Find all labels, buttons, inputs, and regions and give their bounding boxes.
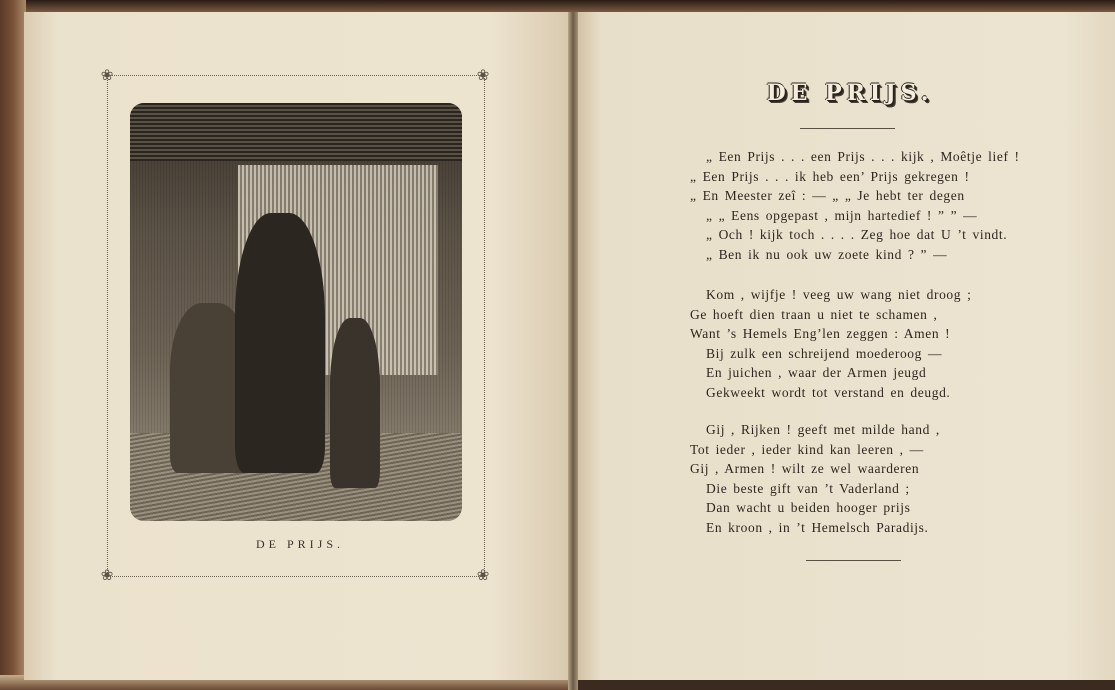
title-rule [800, 128, 895, 129]
book-cover-edge [0, 0, 26, 690]
poem-line: „ Een Prijs . . . een Prijs . . . kijk ,… [690, 147, 1020, 167]
poem-line: „ Ben ik nu ook uw zoete kind ? ” — [690, 245, 1020, 265]
book-gutter [568, 12, 578, 690]
rosette-ornament-icon: ❀ [99, 567, 115, 583]
poem-line: Die beste gift van ’t Vaderland ; [690, 479, 1020, 499]
poem-line: Tot ieder , ieder kind kan leeren , — [690, 440, 1020, 460]
poem-line: „ Een Prijs . . . ik heb een’ Prijs gekr… [690, 167, 1020, 187]
poem-stanza-3: Gij , Rijken ! geeft met milde hand , To… [690, 420, 1020, 538]
poem-line: Dan wacht u beiden hooger prijs [690, 498, 1020, 518]
rosette-ornament-icon: ❀ [99, 67, 115, 83]
poem-stanza-1: „ Een Prijs . . . een Prijs . . . kijk ,… [690, 147, 1020, 265]
poem-line: Ge hoeft dien traan u niet te schamen , [690, 305, 1020, 325]
rosette-ornament-icon: ❀ [475, 67, 491, 83]
poem-line: „ „ Eens opgepast , mijn hartedief ! ” ”… [690, 206, 1020, 226]
book-spread: ❀ ❀ ❀ ❀ DE PRIJS. DE PRIJS. „ Een Prijs … [0, 0, 1115, 690]
poem-line: „ Och ! kijk toch . . . . Zeg hoe dat U … [690, 225, 1020, 245]
poem-line: Gij , Rijken ! geeft met milde hand , [690, 420, 1020, 440]
poem-line: Bij zulk een schreijend moederoog — [690, 344, 1020, 364]
engraving-ceiling [130, 103, 462, 161]
poem-line: Gekweekt wordt tot verstand en deugd. [690, 383, 1020, 403]
book-top-edge [0, 0, 1115, 12]
poem-line: „ En Meester zeî : — „ „ Je hebt ter deg… [690, 186, 1020, 206]
engraving-child-figure [330, 318, 380, 488]
poem-stanza-2: Kom , wijfje ! veeg uw wang niet droog ;… [690, 285, 1020, 403]
poem-line: En juichen , waar der Armen jeugd [690, 363, 1020, 383]
illustration-caption: DE PRIJS. [220, 537, 380, 552]
poem-line: En kroon , in ’t Hemelsch Paradijs. [690, 518, 1020, 538]
poem-line: Kom , wijfje ! veeg uw wang niet droog ; [690, 285, 1020, 305]
engraving-father-figure [235, 213, 325, 473]
poem-line: Gij , Armen ! wilt ze wel waarderen [690, 459, 1020, 479]
poem-line: Want ’s Hemels Eng’len zeggen : Amen ! [690, 324, 1020, 344]
rosette-ornament-icon: ❀ [475, 567, 491, 583]
poem-title: DE PRIJS. [740, 80, 960, 106]
engraving-illustration [130, 103, 462, 521]
end-rule [806, 560, 901, 561]
